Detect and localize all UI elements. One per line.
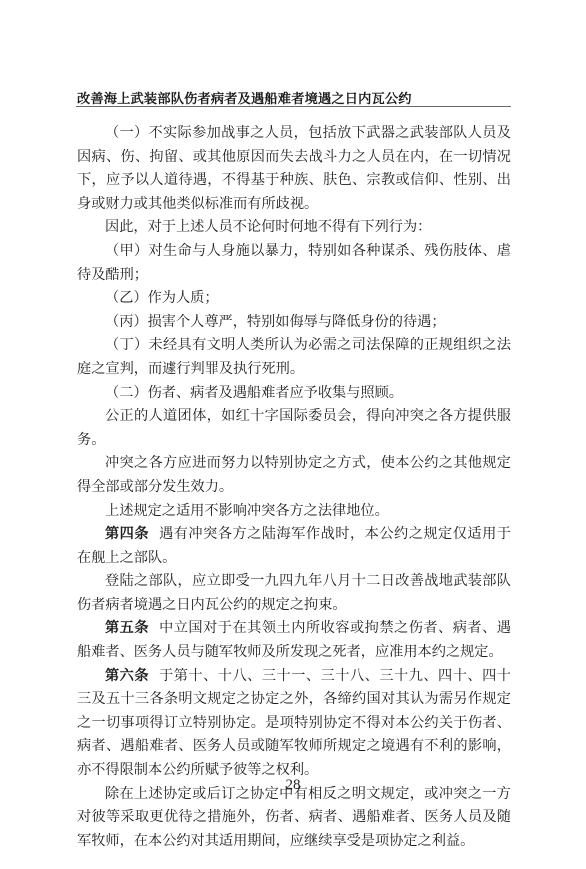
paragraph-text: （甲）对生命与人身施以暴力，特别如各种谋杀、残伤肢体、虐待及酷刑；	[77, 243, 511, 283]
paragraph: 登陆之部队，应立即受一九四九年八月十二日改善战地武装部队伤者病者境遇之日内瓦公约…	[77, 570, 511, 617]
paragraph-text: 上述规定之适用不影响冲突各方之法律地位。	[105, 503, 389, 519]
article-paragraph: 第四条遇有冲突各方之陆海军作战时，本公约之规定仅适用于在舰上之部队。	[77, 523, 511, 570]
article-label: 第六条	[105, 668, 149, 684]
paragraph-text: 除在上述协定或后订之协定中有相反之明文规定，或冲突之一方对彼等采取更优待之措施外…	[77, 786, 511, 849]
paragraph-text: （二）伤者、病者及遇船难者应予收集与照顾。	[105, 385, 403, 401]
article-label: 第五条	[105, 620, 149, 636]
paragraph-text: 于第十、十八、三十一、三十八、三十九、四十、四十三及五十三各条明文规定之协定之外…	[77, 668, 511, 778]
paragraph-text: （丁）未经具有文明人类所认为必需之司法保障的正规组织之法庭之宣判，而遽行判罪及执…	[77, 337, 511, 377]
paragraph: （二）伤者、病者及遇船难者应予收集与照顾。	[77, 382, 511, 406]
paragraph-text: 登陆之部队，应立即受一九四九年八月十二日改善战地武装部队伤者病者境遇之日内瓦公约…	[77, 573, 511, 613]
paragraph: 上述规定之适用不影响冲突各方之法律地位。	[77, 500, 511, 524]
paragraph: 因此，对于上述人员不论何时何地不得有下列行为：	[77, 216, 511, 240]
paragraph: （丙）损害个人尊严，特别如侮辱与降低身份的待遇；	[77, 311, 511, 335]
paragraph-text: （丙）损害个人尊严，特别如侮辱与降低身份的待遇；	[105, 314, 446, 330]
paragraph: （一）不实际参加战事之人员，包括放下武器之武装部队人员及因病、伤、拘留、或其他原…	[77, 122, 511, 216]
running-header: 改善海上武装部队伤者病者及遇船难者境遇之日内瓦公约	[77, 88, 510, 107]
paragraph: 冲突之各方应进而努力以特别协定之方式，使本公约之其他规定得全部或部分发生效力。	[77, 452, 511, 499]
paragraph-text: 冲突之各方应进而努力以特别协定之方式，使本公约之其他规定得全部或部分发生效力。	[77, 455, 511, 495]
article-paragraph: 第五条中立国对于在其领土内所收容或拘禁之伤者、病者、遇船难者、医务人员与随军牧师…	[77, 617, 511, 664]
page-number: 28	[0, 777, 586, 794]
header-rule	[76, 106, 511, 107]
body-text: （一）不实际参加战事之人员，包括放下武器之武装部队人员及因病、伤、拘留、或其他原…	[77, 122, 511, 853]
paragraph: 公正的人道团体，如红十字国际委员会，得向冲突之各方提供服务。	[77, 405, 511, 452]
paragraph-text: 公正的人道团体，如红十字国际委员会，得向冲突之各方提供服务。	[77, 408, 511, 448]
paragraph: （甲）对生命与人身施以暴力，特别如各种谋杀、残伤肢体、虐待及酷刑；	[77, 240, 511, 287]
paragraph: （乙）作为人质；	[77, 287, 511, 311]
article-paragraph: 第六条于第十、十八、三十一、三十八、三十九、四十、四十三及五十三各条明文规定之协…	[77, 665, 511, 783]
paragraph: （丁）未经具有文明人类所认为必需之司法保障的正规组织之法庭之宣判，而遽行判罪及执…	[77, 334, 511, 381]
article-label: 第四条	[105, 526, 149, 542]
paragraph-text: （一）不实际参加战事之人员，包括放下武器之武装部队人员及因病、伤、拘留、或其他原…	[77, 125, 511, 212]
paragraph-text: （乙）作为人质；	[105, 290, 219, 306]
paragraph-text: 因此，对于上述人员不论何时何地不得有下列行为：	[105, 219, 431, 235]
document-page: 改善海上武装部队伤者病者及遇船难者境遇之日内瓦公约 （一）不实际参加战事之人员，…	[0, 0, 586, 869]
